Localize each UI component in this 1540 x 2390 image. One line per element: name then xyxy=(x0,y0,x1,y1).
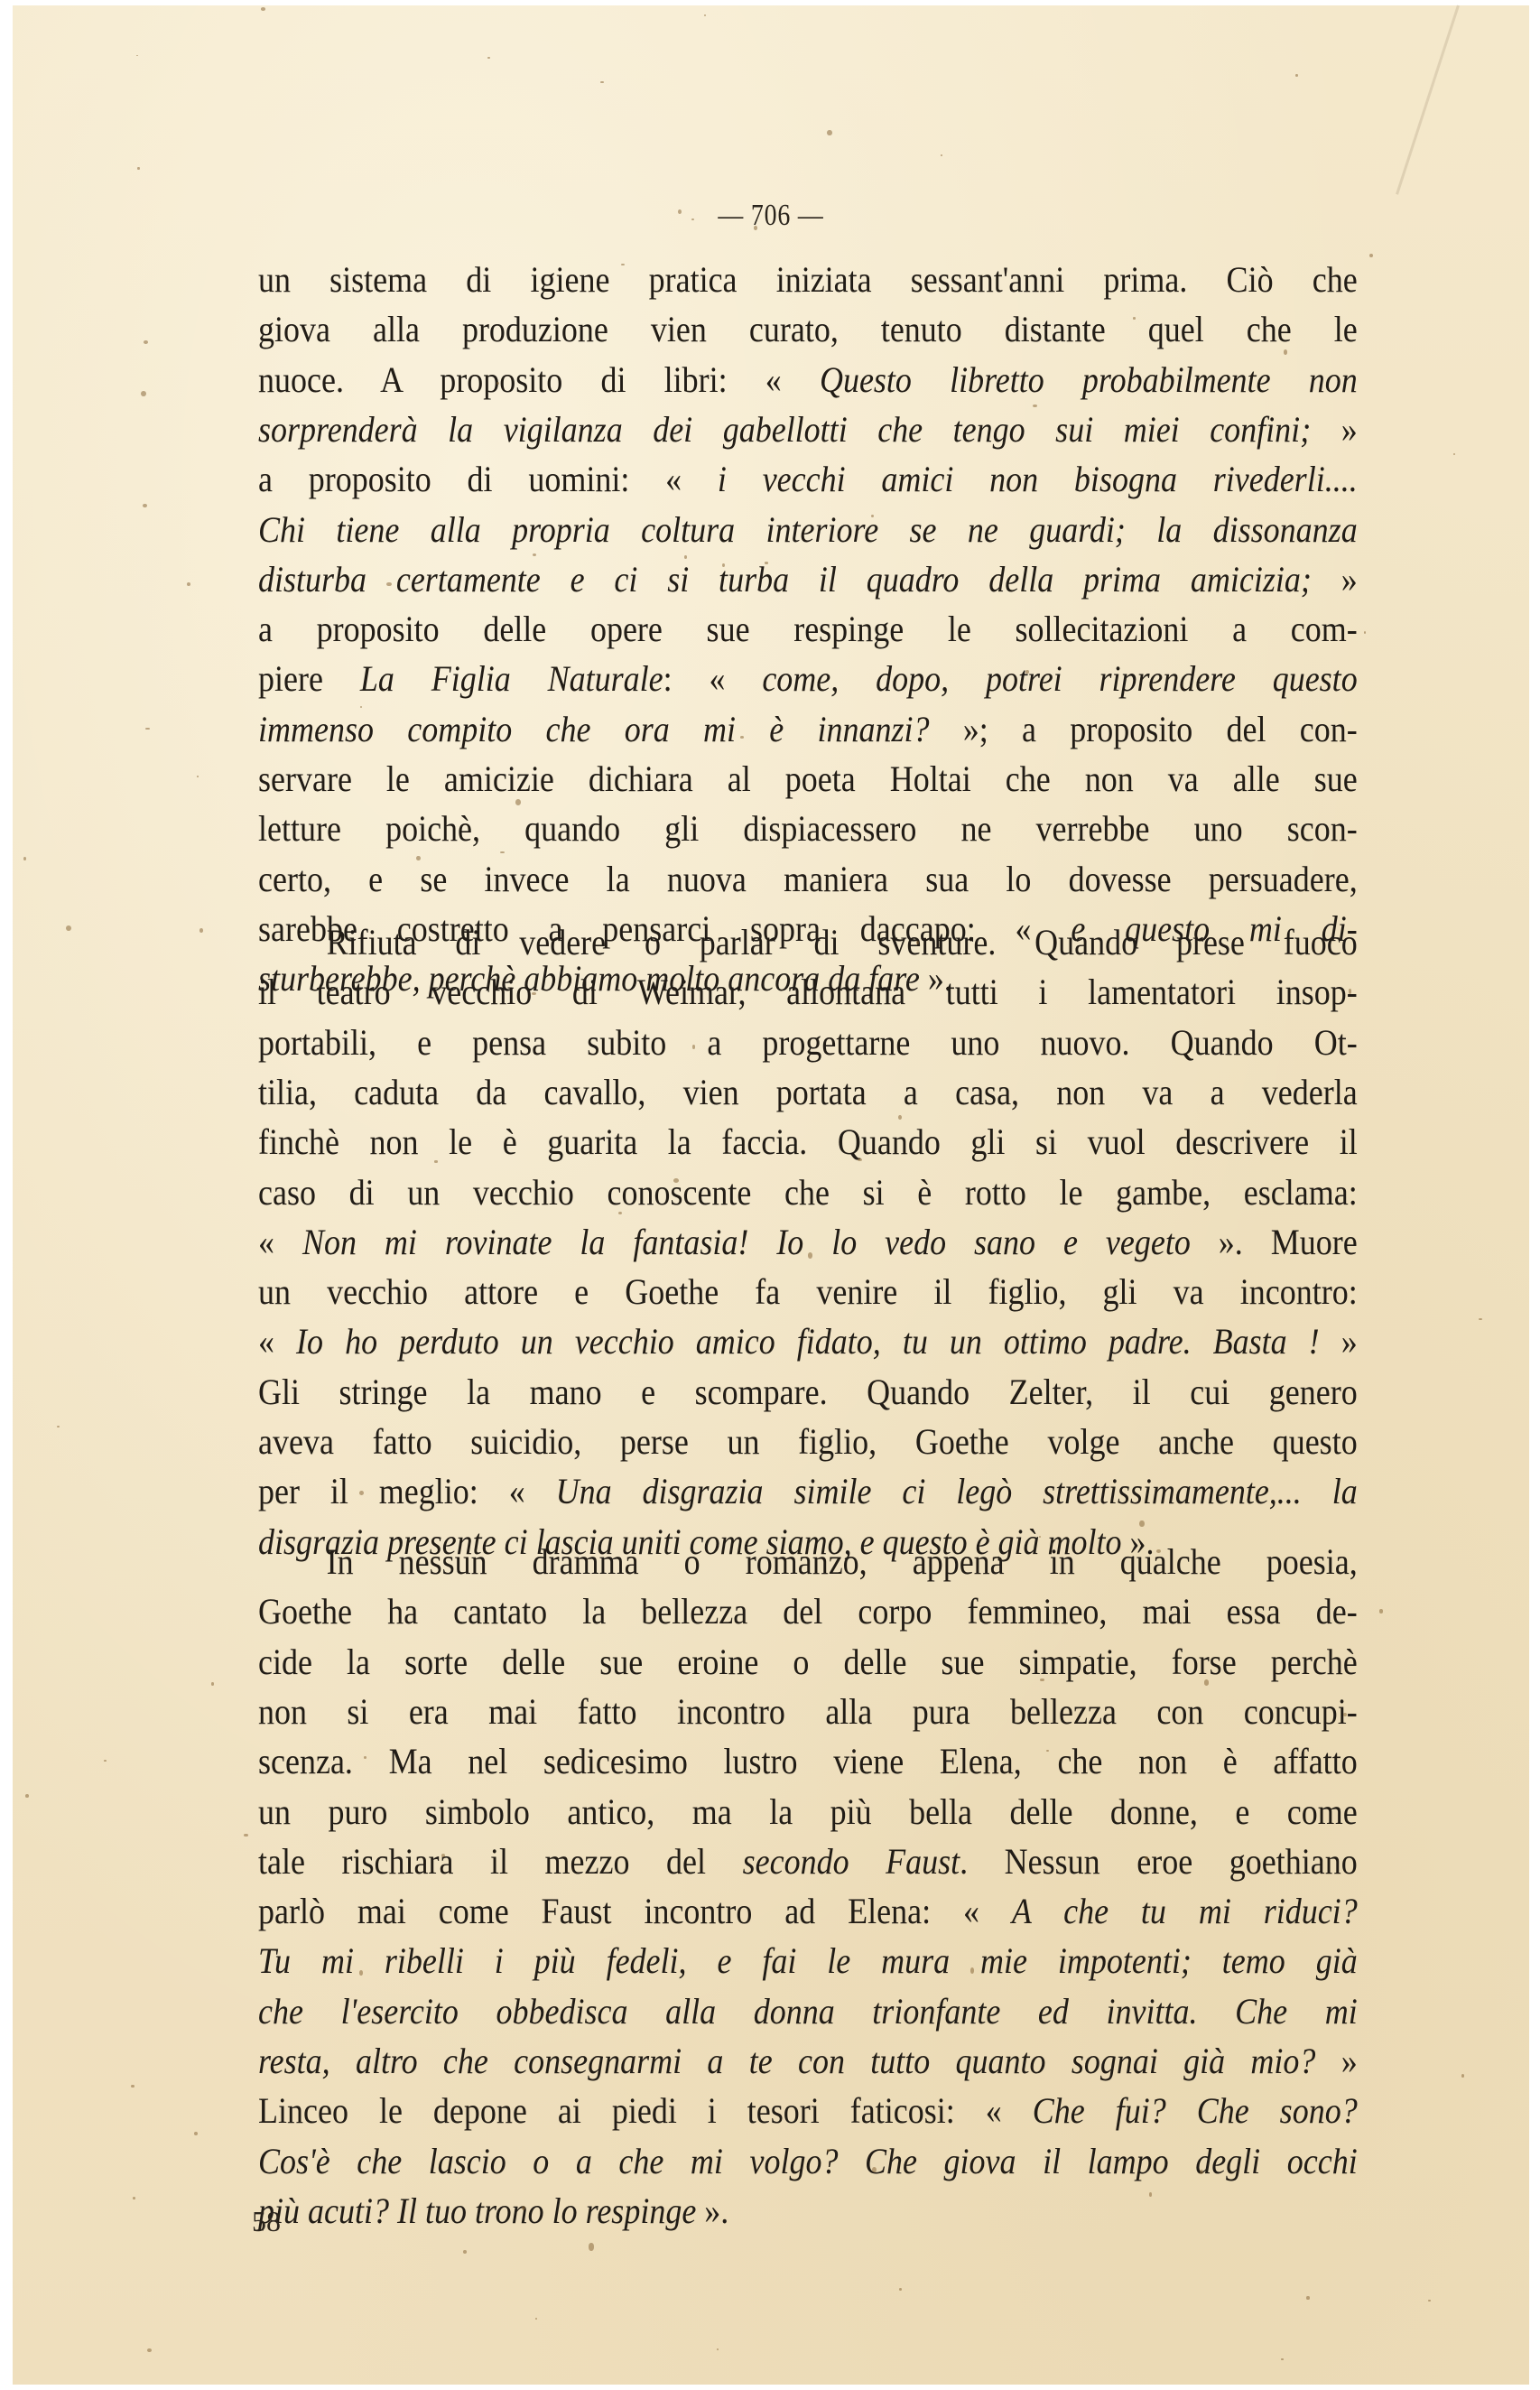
text-line: a proposito delle opere sue respinge le … xyxy=(258,608,1358,651)
paper-speck xyxy=(970,1967,974,1973)
italic-quote: Che fui? Che sono? xyxy=(1033,2090,1358,2131)
text-line: Linceo le depone ai piedi i tesori fatic… xyxy=(258,2089,1358,2133)
paper-speck xyxy=(1281,2358,1284,2359)
text-run: a proposito delle opere sue respinge le … xyxy=(258,609,1358,649)
text-line: a proposito di uomini: « i vecchi amici … xyxy=(258,458,1358,501)
paper-speck xyxy=(136,55,139,56)
text-line: scenza. Ma nel sedicesimo lustro viene E… xyxy=(258,1740,1358,1783)
paper-speck xyxy=(765,562,769,564)
paper-speck xyxy=(23,857,26,860)
paper-speck xyxy=(1025,670,1029,674)
text-run: letture poichè, quando gli dispiacessero… xyxy=(258,808,1358,849)
text-run: portabili, e pensa subito a progettarne … xyxy=(258,1022,1358,1063)
text-run: Goethe ha cantato la bellezza del corpo … xyxy=(258,1591,1358,1632)
paper-speck xyxy=(1139,1520,1145,1528)
text-run: « xyxy=(258,1222,302,1262)
paper-speck xyxy=(261,7,265,10)
paper-speck xyxy=(589,2243,594,2250)
paper-speck xyxy=(618,1212,622,1214)
paper-speck xyxy=(1343,1713,1347,1716)
italic-quote: resta, altro che consegnarmi a te con tu… xyxy=(258,2041,1315,2081)
text-run: » xyxy=(1315,2041,1357,2081)
text-line: un vecchio attore e Goethe fa venire il … xyxy=(258,1270,1358,1314)
italic-quote: sorprenderà la vigilanza dei gabellotti … xyxy=(258,409,1311,450)
italic-quote: Non mi rovinate la fantasia! Io lo vedo … xyxy=(302,1222,1191,1262)
text-line: più acuti? Il tuo trono lo respinge ». xyxy=(258,2190,1358,2233)
paper-speck xyxy=(858,1158,862,1161)
text-run: parlò mai come Faust incontro ad Elena: … xyxy=(258,1891,1012,1931)
paper-speck xyxy=(360,706,362,708)
paper-speck xyxy=(1284,349,1287,355)
text-run: un puro simbolo antico, ma la più bella … xyxy=(258,1791,1358,1832)
paper-speck xyxy=(600,81,604,84)
italic-quote: disturba certamente e ci si turba il qua… xyxy=(258,559,1312,600)
italic-quote: La Figlia Naturale xyxy=(360,658,663,699)
text-line: Chi tiene alla propria coltura interiore… xyxy=(258,508,1358,552)
paper-speck xyxy=(364,1756,366,1759)
paper-speck xyxy=(1461,2074,1465,2078)
text-line: tilia, caduta da cavallo, vien portata a… xyxy=(258,1071,1358,1114)
text-run: un sistema di igiene pratica iniziata se… xyxy=(258,259,1358,300)
paper-speck xyxy=(141,391,146,396)
book-page: — 706 — un sistema di igiene pratica ini… xyxy=(13,5,1529,2385)
text-line: nuoce. A proposito di libri: « Questo li… xyxy=(258,358,1358,402)
paper-speck xyxy=(898,1115,902,1120)
paper-speck xyxy=(1379,1609,1384,1613)
text-run: tilia, caduta da cavallo, vien portata a… xyxy=(258,1072,1358,1112)
text-line: Tu mi ribelli i più fedeli, e fai le mur… xyxy=(258,1939,1358,1983)
text-run: servare le amicizie dichiara al poeta Ho… xyxy=(258,758,1358,799)
text-line: parlò mai come Faust incontro ad Elena: … xyxy=(258,1890,1358,1933)
paper-speck xyxy=(673,1178,679,1183)
text-run: »; a proposito del con- xyxy=(929,709,1357,749)
text-line: finchè non le è guarita la faccia. Quand… xyxy=(258,1121,1358,1164)
paper-speck xyxy=(827,130,831,135)
paper-speck xyxy=(463,2250,468,2254)
signature-mark: 58 xyxy=(252,2205,281,2238)
paper-speck xyxy=(515,799,521,804)
text-line: portabili, e pensa subito a progettarne … xyxy=(258,1021,1358,1065)
text-line: caso di un vecchio conoscente che si è r… xyxy=(258,1171,1358,1214)
text-line: immenso compito che ora mi è innanzi? »;… xyxy=(258,708,1358,751)
paper-speck xyxy=(808,1252,812,1259)
paper-speck xyxy=(66,925,71,931)
text-line: disturba certamente e ci si turba il qua… xyxy=(258,558,1358,601)
text-run: » xyxy=(1320,1321,1358,1362)
text-run: aveva fatto suicidio, perse un figlio, G… xyxy=(258,1421,1358,1462)
paper-speck xyxy=(1479,1318,1482,1320)
italic-quote: Tu mi ribelli i più fedeli, e fai le mur… xyxy=(258,1940,1358,1981)
text-run: : « xyxy=(663,658,763,699)
page-number: — 706 — xyxy=(149,199,1393,233)
text-run: giova alla produzione vien curato, tenut… xyxy=(258,309,1358,349)
paper-speck xyxy=(57,1426,60,1427)
paper-speck xyxy=(359,1491,364,1495)
paper-speck xyxy=(1204,1679,1210,1685)
italic-quote: più acuti? Il tuo trono lo respinge xyxy=(258,2190,696,2231)
text-run: finchè non le è guarita la faccia. Quand… xyxy=(258,1121,1358,1162)
paper-speck xyxy=(496,382,499,385)
text-line: letture poichè, quando gli dispiacessero… xyxy=(258,807,1358,851)
paper-speck xyxy=(197,776,199,777)
text-run: ». Muore xyxy=(1191,1222,1358,1262)
text-run: certo, e se invece la nuova maniera sua … xyxy=(258,859,1358,899)
paper-speck xyxy=(434,1160,438,1162)
paper-speck xyxy=(678,209,682,214)
italic-quote: che l'esercito obbedisca alla donna trio… xyxy=(258,1991,1358,2032)
text-line: piere La Figlia Naturale: « come, dopo, … xyxy=(258,657,1358,701)
paper-speck xyxy=(1453,453,1455,455)
text-run: » xyxy=(1312,559,1358,600)
text-run: ». xyxy=(696,2190,728,2231)
text-line: il teatro vecchio di Weimar, allontana t… xyxy=(258,971,1358,1014)
paper-speck xyxy=(143,504,147,508)
italic-quote: immenso compito che ora mi è innanzi? xyxy=(258,709,929,749)
italic-quote: i vecchi amici non bisogna rivederli.... xyxy=(718,459,1358,499)
paper-speck xyxy=(1428,2300,1431,2301)
paper-speck xyxy=(691,219,694,220)
paper-speck xyxy=(1145,1856,1149,1860)
paper-speck xyxy=(1295,74,1298,77)
italic-quote: Una disgrazia simile ci legò strettissim… xyxy=(556,1471,1358,1511)
text-run: il teatro vecchio di Weimar, allontana t… xyxy=(258,972,1358,1012)
paper-crease xyxy=(1396,5,1460,195)
paper-speck xyxy=(147,2348,151,2352)
text-line: che l'esercito obbedisca alla donna trio… xyxy=(258,1990,1358,2033)
paper-speck xyxy=(899,2288,902,2291)
text-run: cide la sorte delle sue eroine o delle s… xyxy=(258,1641,1358,1682)
italic-quote: Questo libretto probabilmente non xyxy=(820,359,1358,400)
italic-quote: secondo Faust xyxy=(743,1841,960,1882)
text-run: Gli stringe la mano e scompare. Quando Z… xyxy=(258,1372,1358,1412)
text-line: « Io ho perduto un vecchio amico fidato,… xyxy=(258,1320,1358,1363)
text-run: caso di un vecchio conoscente che si è r… xyxy=(258,1172,1358,1213)
paper-speck xyxy=(522,2206,525,2210)
italic-quote: Chi tiene alla propria coltura interiore… xyxy=(258,509,1358,550)
paper-speck xyxy=(1369,254,1373,257)
text-run: non si era mai fatto incontro alla pura … xyxy=(258,1691,1358,1732)
paper-speck xyxy=(500,851,504,853)
italic-quote: Io ho perduto un vecchio amico fidato, t… xyxy=(296,1321,1320,1362)
text-line: un sistema di igiene pratica iniziata se… xyxy=(258,258,1358,302)
text-line: sorprenderà la vigilanza dei gabellotti … xyxy=(258,408,1358,451)
paper-speck xyxy=(1306,2296,1309,2300)
text-run: scenza. Ma nel sedicesimo lustro viene E… xyxy=(258,1741,1358,1781)
paper-speck xyxy=(137,167,139,170)
paper-speck xyxy=(199,928,203,933)
text-line: tale rischiara il mezzo del secondo Faus… xyxy=(258,1840,1358,1883)
paper-speck xyxy=(487,57,490,60)
paper-speck xyxy=(740,736,744,739)
text-line: per il meglio: « Una disgrazia simile ci… xyxy=(258,1470,1358,1513)
text-line: un puro simbolo antico, ma la più bella … xyxy=(258,1790,1358,1834)
text-line: non si era mai fatto incontro alla pura … xyxy=(258,1690,1358,1734)
text-run: a proposito di uomini: « xyxy=(258,459,718,499)
text-line: certo, e se invece la nuova maniera sua … xyxy=(258,858,1358,901)
paper-speck xyxy=(535,2318,537,2320)
paper-speck xyxy=(211,1682,214,1685)
text-run: In nessun dramma o romanzo, appena in qu… xyxy=(327,1541,1358,1582)
paper-speck xyxy=(1364,631,1367,634)
text-run: . Nessun eroe goethiano xyxy=(960,1841,1358,1882)
paper-speck xyxy=(717,2348,719,2350)
paper-speck xyxy=(145,728,149,730)
italic-quote: Cos'è che lascio o a che mi volgo? Che g… xyxy=(258,2141,1358,2181)
paper-speck xyxy=(1033,405,1037,407)
text-line: giova alla produzione vien curato, tenut… xyxy=(258,308,1358,351)
text-run: » xyxy=(1311,409,1358,450)
paper-speck xyxy=(533,553,536,556)
text-line: Cos'è che lascio o a che mi volgo? Che g… xyxy=(258,2140,1358,2183)
paper-speck xyxy=(194,2132,198,2135)
text-run: tale rischiara il mezzo del xyxy=(258,1841,743,1882)
paper-speck xyxy=(754,226,757,230)
text-line: Rifiuta di vedere o parlar di sventure. … xyxy=(258,921,1358,964)
text-line: In nessun dramma o romanzo, appena in qu… xyxy=(258,1540,1358,1584)
text-run: « xyxy=(258,1321,296,1362)
text-line: resta, altro che consegnarmi a te con tu… xyxy=(258,2040,1358,2083)
italic-quote: A che tu mi riduci? xyxy=(1012,1891,1358,1931)
text-line: servare le amicizie dichiara al poeta Ho… xyxy=(258,758,1358,801)
paper-speck xyxy=(1133,317,1136,319)
paper-speck xyxy=(131,2085,135,2088)
paper-speck xyxy=(144,340,147,344)
paper-speck xyxy=(386,582,392,587)
paper-speck xyxy=(244,1834,247,1837)
paper-speck xyxy=(133,2197,135,2199)
text-run: Rifiuta di vedere o parlar di sventure. … xyxy=(327,922,1358,963)
paper-speck xyxy=(25,1794,29,1798)
paper-speck xyxy=(1040,1679,1044,1681)
italic-quote: come, dopo, potrei riprendere questo xyxy=(762,658,1357,699)
text-run: piere xyxy=(258,658,360,699)
text-run: un vecchio attore e Goethe fa venire il … xyxy=(258,1271,1358,1312)
paper-speck xyxy=(104,1760,107,1762)
text-line: Gli stringe la mano e scompare. Quando Z… xyxy=(258,1371,1358,1414)
text-run: nuoce. A proposito di libri: « xyxy=(258,359,820,400)
paper-speck xyxy=(704,14,706,16)
text-line: cide la sorte delle sue eroine o delle s… xyxy=(258,1641,1358,1684)
paper-speck xyxy=(1200,2170,1203,2174)
paper-speck xyxy=(1349,989,1352,994)
paper-speck xyxy=(941,154,942,156)
paper-speck xyxy=(187,582,190,586)
text-run: Linceo le depone ai piedi i tesori fatic… xyxy=(258,2090,1033,2131)
text-line: aveva fatto suicidio, perse un figlio, G… xyxy=(258,1420,1358,1464)
text-run: per il meglio: « xyxy=(258,1471,556,1511)
text-line: Goethe ha cantato la bellezza del corpo … xyxy=(258,1590,1358,1633)
